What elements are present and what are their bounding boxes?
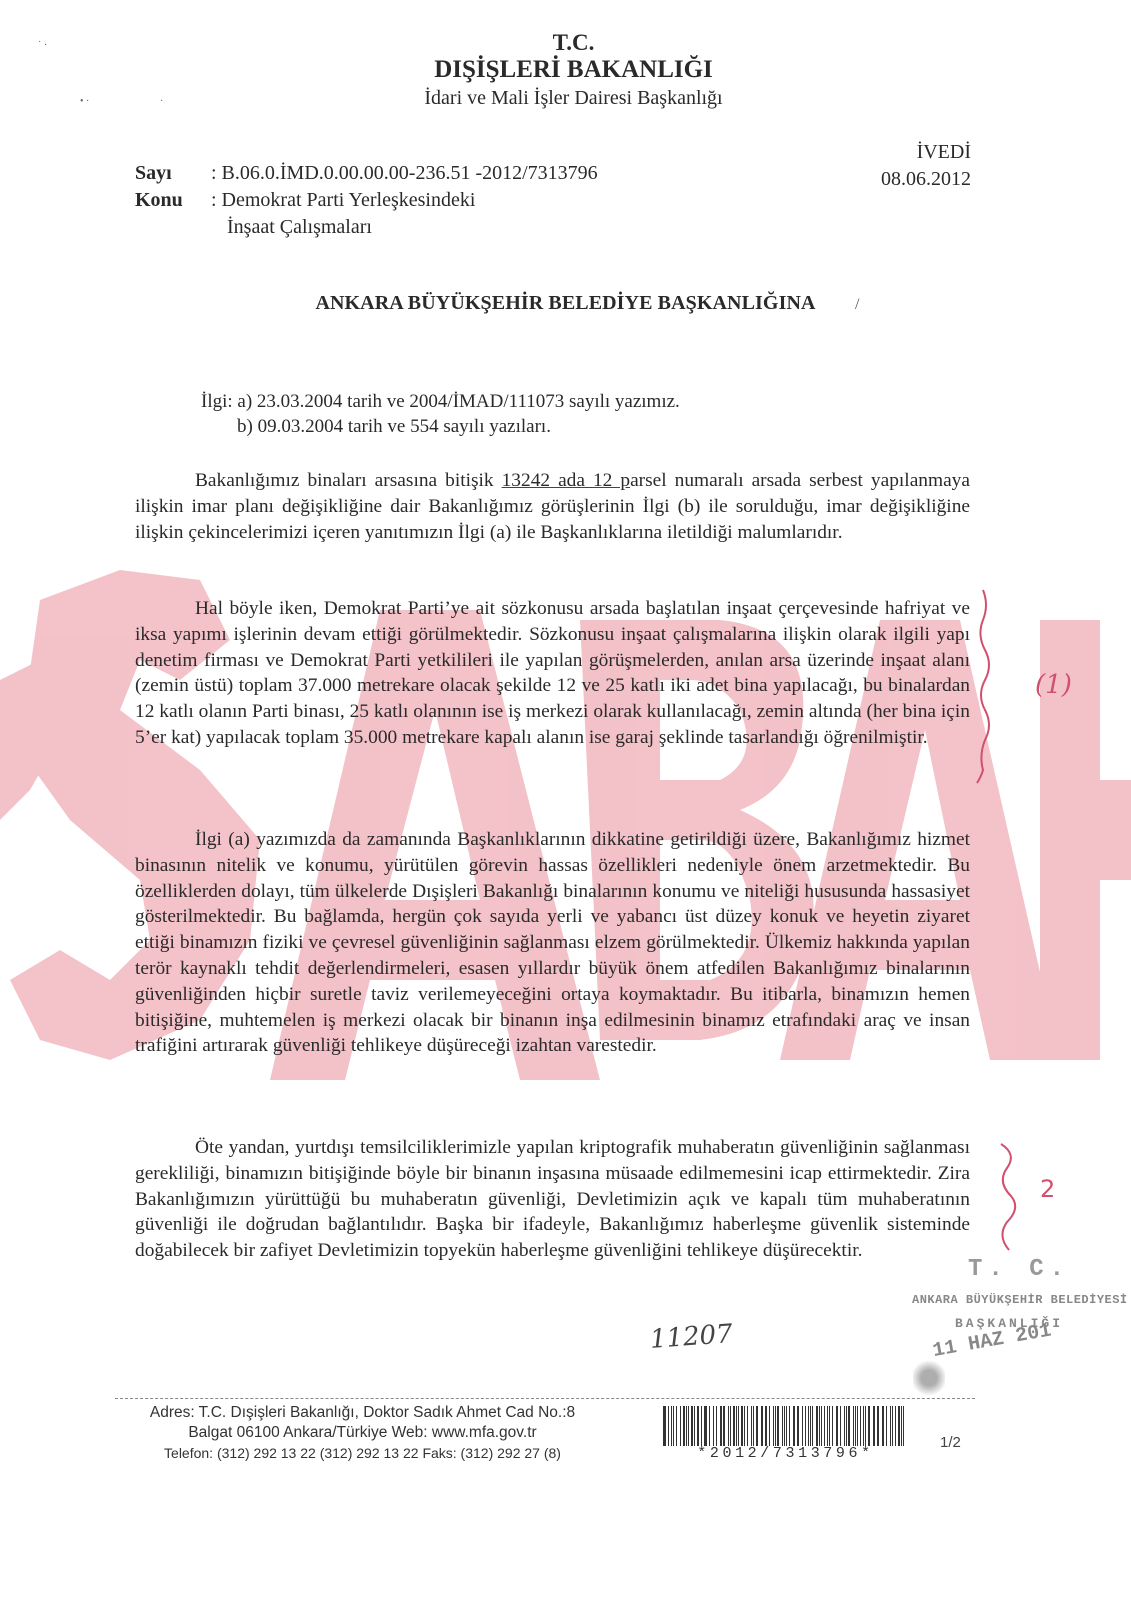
- footer-address-line3: Telefon: (312) 292 13 22 (312) 292 13 22…: [115, 1443, 610, 1463]
- barcode-bar: [773, 1406, 774, 1446]
- barcode-bar: [832, 1406, 833, 1446]
- barcode-bar: [733, 1406, 734, 1446]
- barcode-bar: [812, 1406, 813, 1446]
- margin-note-2: 2: [1040, 1175, 1055, 1203]
- page-number: 1/2: [940, 1434, 961, 1451]
- barcode-bar: [756, 1406, 757, 1446]
- barcode-bar: [886, 1406, 887, 1446]
- addressee: ANKARA BÜYÜKŞEHİR BELEDİYE BAŞKANLIĞINA: [0, 292, 1131, 315]
- stamp-organization: ANKARA BÜYÜKŞEHİR BELEDİYESİ: [912, 1293, 1128, 1307]
- barcode-bar: [777, 1406, 778, 1446]
- stamp-ink-blot: [913, 1358, 945, 1398]
- letterhead-department: İdari ve Mali İşler Dairesi Başkanlığı: [0, 87, 1131, 110]
- barcode-bar: [853, 1406, 854, 1446]
- barcode-bar: [816, 1406, 817, 1446]
- document-date: 08.06.2012: [881, 166, 971, 193]
- konu-value: : Demokrat Parti Yerleşkesindeki: [211, 189, 475, 211]
- barcode-bar: [744, 1406, 745, 1446]
- paragraph-1-start: Bakanlığımız binaları arsasına bitişik: [195, 470, 502, 491]
- barcode-bar: [765, 1406, 766, 1446]
- reference-number-row: Sayı: B.06.0.İMD.0.00.00.00-236.51 -2012…: [135, 160, 598, 187]
- margin-note-1: (1): [1035, 670, 1072, 700]
- reference-b: b) 09.03.2004 tarih ve 554 sayılı yazıla…: [237, 416, 551, 438]
- subject-row: Konu: Demokrat Parti Yerleşkesindeki: [135, 187, 475, 214]
- barcode-bar: [676, 1406, 677, 1446]
- barcode-bar: [751, 1406, 752, 1446]
- paragraph-3: İlgi (a) yazımızda da zamanında Başkanlı…: [135, 827, 970, 1059]
- barcode-bar: [819, 1406, 820, 1446]
- barcode-bar: [868, 1406, 869, 1446]
- reference-a: İlgi: a) 23.03.2004 tarih ve 2004/İMAD/1…: [201, 391, 680, 413]
- barcode-bar: [664, 1406, 665, 1446]
- footer-address-line1: Adres: T.C. Dışişleri Bakanlığı, Doktor …: [115, 1403, 610, 1423]
- konu-value-line2: İnşaat Çalışmaları: [227, 214, 372, 241]
- barcode-bar: [903, 1406, 904, 1446]
- barcode-bar: [877, 1406, 878, 1446]
- barcode-bar: [782, 1406, 783, 1446]
- barcode-bar: [705, 1406, 706, 1446]
- barcode-bar: [821, 1406, 822, 1446]
- letterhead-state: T.C.: [0, 30, 1131, 56]
- pen-tick-mark: /: [855, 296, 859, 314]
- barcode-bar: [863, 1406, 864, 1446]
- paragraph-4: Öte yandan, yurtdışı temsilciliklerimizl…: [135, 1135, 970, 1264]
- barcode-bar: [898, 1406, 899, 1446]
- barcode-bar: [747, 1406, 748, 1446]
- barcode-bar: [836, 1406, 837, 1446]
- barcode-bar: [865, 1406, 866, 1446]
- barcode-bar: [683, 1406, 684, 1446]
- barcode-bar: [855, 1406, 856, 1446]
- barcode-bar: [671, 1406, 672, 1446]
- barcode-bar: [753, 1406, 754, 1446]
- barcode-bar: [709, 1406, 710, 1446]
- barcode-bar: [741, 1406, 742, 1446]
- barcode-bar: [874, 1406, 875, 1446]
- barcode-bar: [762, 1406, 763, 1446]
- barcode-bar: [892, 1406, 893, 1446]
- barcode-bar: [802, 1406, 803, 1446]
- stamp-state: T. C.: [968, 1256, 1070, 1283]
- barcode-bar: [784, 1406, 785, 1446]
- barcode-bar: [794, 1406, 795, 1446]
- footer-divider: [115, 1398, 975, 1399]
- barcode-bar: [840, 1406, 841, 1446]
- barcode-bar: [691, 1406, 692, 1446]
- handwritten-registry-number: 11207: [649, 1319, 734, 1355]
- konu-label: Konu: [135, 187, 211, 214]
- barcode-bar: [786, 1406, 787, 1446]
- sayi-label: Sayı: [135, 160, 211, 187]
- margin-note-1-number: 1: [1045, 670, 1062, 700]
- barcode-bar: [883, 1406, 884, 1446]
- letterhead-ministry: DIŞİŞLERİ BAKANLIĞI: [0, 56, 1131, 84]
- barcode-bar: [769, 1406, 770, 1446]
- barcode-bar: [694, 1406, 695, 1446]
- paragraph-2: Hal böyle iken, Demokrat Parti’ye ait sö…: [135, 596, 970, 751]
- barcode-bar: [723, 1406, 724, 1446]
- barcode-bar: [728, 1406, 729, 1446]
- footer-address: Adres: T.C. Dışişleri Bakanlığı, Doktor …: [115, 1403, 610, 1463]
- priority-label: İVEDİ: [917, 139, 971, 166]
- barcode-icon: [663, 1406, 908, 1446]
- barcode-bar: [797, 1406, 798, 1446]
- sayi-value: : B.06.0.İMD.0.00.00.00-236.51 -2012/731…: [211, 162, 598, 184]
- barcode-bar: [829, 1406, 830, 1446]
- barcode-bar: [844, 1406, 845, 1446]
- footer-address-line2: Balgat 06100 Ankara/Türkiye Web: www.mfa…: [115, 1423, 610, 1443]
- barcode-bar: [848, 1406, 849, 1446]
- paragraph-1: Bakanlığımız binaları arsasına bitişik 1…: [135, 468, 970, 545]
- parcel-number-underlined: 13242 ada 12 p: [502, 470, 630, 491]
- barcode-bar: [713, 1406, 714, 1446]
- barcode-text: *2012/7313796*: [663, 1445, 908, 1462]
- margin-bracket-2-icon: [995, 1140, 1035, 1260]
